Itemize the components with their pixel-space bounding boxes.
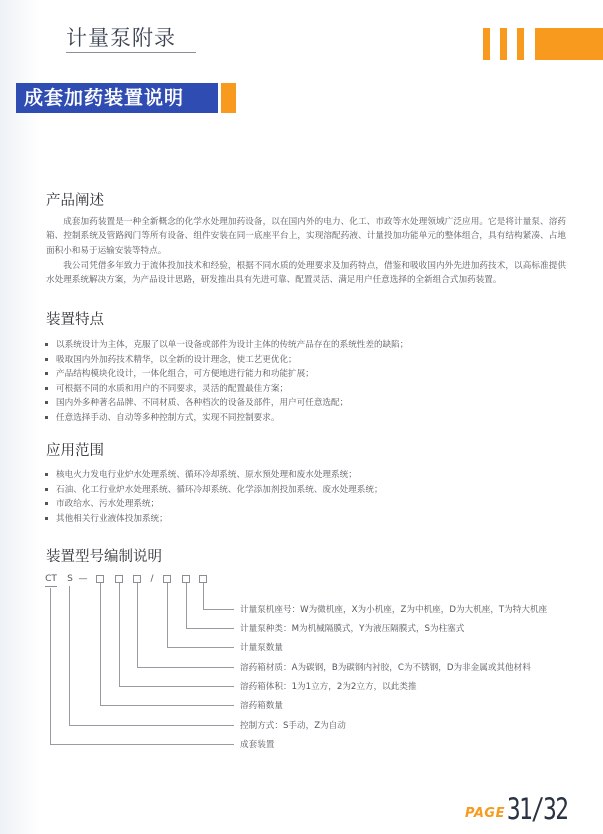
connector-line bbox=[100, 705, 234, 706]
connector-line bbox=[137, 583, 138, 668]
connector-line bbox=[186, 583, 187, 629]
list-item: 其他相关行业液体投加系统； bbox=[44, 512, 383, 527]
list-item: 以系统设计为主体，克服了以单一设备或部件为设计主体的传统产品存在的系统性差的缺陷… bbox=[44, 338, 408, 353]
code-box-pump-qty bbox=[163, 575, 171, 583]
connector-line bbox=[69, 586, 70, 726]
page-label: PAGE bbox=[465, 806, 505, 822]
legend-tank-qty: 溶药箱数量 bbox=[240, 700, 283, 712]
overview-paragraph-1: 成套加药装置是一种全新概念的化学水处理加药设备，以在国内外的电力、化工、市政等水… bbox=[46, 215, 566, 258]
code-slash: / bbox=[147, 574, 157, 585]
list-item: 石油、化工行业炉水处理系统、循环冷却系统、化学添加剂投加系统、废水处理系统； bbox=[44, 483, 383, 498]
list-item: 任意选择手动、自动等多种控制方式，实现不同控制要求。 bbox=[44, 411, 408, 426]
decor-bar-1 bbox=[483, 28, 490, 60]
decor-block bbox=[535, 28, 603, 60]
code-box-tank-volume bbox=[115, 575, 123, 583]
code-box-tank-qty bbox=[96, 575, 104, 583]
legend-pump-qty: 计量泵数量 bbox=[240, 642, 283, 654]
list-item: 市政给水、污水处理系统； bbox=[44, 497, 383, 512]
bullet-icon bbox=[45, 387, 48, 390]
prefix-underline bbox=[45, 586, 57, 587]
connector-line bbox=[50, 588, 51, 745]
decor-bar-3 bbox=[517, 28, 524, 60]
bullet-icon bbox=[45, 473, 48, 476]
list-item: 可根据不同的水质和用户的不同要求，灵活的配置最佳方案； bbox=[44, 382, 408, 397]
connector-line bbox=[167, 583, 168, 648]
code-control: S bbox=[65, 574, 75, 585]
bullet-icon bbox=[45, 401, 48, 404]
code-dash: — bbox=[78, 574, 88, 585]
header-title: 计量泵附录 bbox=[66, 25, 176, 51]
features-title: 装置特点 bbox=[46, 311, 104, 329]
code-box-tank-material bbox=[133, 575, 141, 583]
page-number: 31/32 bbox=[507, 793, 567, 825]
overview-paragraph-2: 我公司凭借多年致力于流体投加技术和经验，根据不同水质的处理要求及加药特点，借鉴和… bbox=[46, 259, 566, 288]
legend-tank-volume: 溶药箱体积：1为1立方，2为2立方，以此类推 bbox=[240, 681, 417, 693]
code-box-pump-type bbox=[182, 575, 190, 583]
connector-line bbox=[119, 583, 120, 687]
legend-control-mode: 控制方式：S手动，Z为自动 bbox=[240, 720, 346, 732]
list-item: 核电火力发电行业炉水处理系统、循环冷却系统、原水预处理和废水处理系统； bbox=[44, 468, 383, 483]
applications-title: 应用范围 bbox=[46, 442, 104, 460]
features-list: 以系统设计为主体，克服了以单一设备或部件为设计主体的传统产品存在的系统性差的缺陷… bbox=[44, 338, 408, 425]
connector-line bbox=[119, 686, 234, 687]
bullet-icon bbox=[45, 372, 48, 375]
list-item: 产品结构模块化设计，一体化组合，可方便地进行能力和功能扩展； bbox=[44, 367, 408, 382]
bullet-icon bbox=[45, 343, 48, 346]
bullet-icon bbox=[45, 517, 48, 520]
connector-line bbox=[167, 647, 234, 648]
overview-title: 产品阐述 bbox=[46, 192, 104, 210]
legend-pump-type: 计量泵种类：M为机械隔膜式，Y为液压隔膜式，S为柱塞式 bbox=[240, 623, 464, 635]
legend-tank-material: 溶药箱材质：A为碳钢，B为碳钢内衬胶，C为不锈钢，D为非金属或其他材料 bbox=[240, 662, 531, 674]
connector-line bbox=[203, 609, 234, 610]
page-edge-shadow bbox=[0, 0, 40, 834]
connector-line bbox=[137, 667, 234, 668]
list-item: 国内外多种著名品牌、不同材质、各种档次的设备及部件，用户可任意选配； bbox=[44, 396, 408, 411]
list-item: 吸取国内外加药技术精华，以全新的设计理念，使工艺更优化； bbox=[44, 353, 408, 368]
connector-line bbox=[69, 725, 234, 726]
legend-pump-frame: 计量泵机座号：W为微机座，X为小机座，Z为中机座，D为大机座，T为特大机座 bbox=[240, 604, 547, 616]
bullet-icon bbox=[45, 416, 48, 419]
bullet-icon bbox=[45, 358, 48, 361]
banner-accent bbox=[221, 83, 236, 113]
connector-line bbox=[50, 744, 234, 745]
model-code-title: 装置型号编制说明 bbox=[46, 548, 162, 566]
code-prefix: CT bbox=[44, 574, 58, 585]
bullet-icon bbox=[45, 488, 48, 491]
connector-line bbox=[186, 628, 234, 629]
connector-line bbox=[100, 583, 101, 706]
applications-list: 核电火力发电行业炉水处理系统、循环冷却系统、原水预处理和废水处理系统； 石油、化… bbox=[44, 468, 383, 526]
section-banner: 成套加药装置说明 bbox=[16, 83, 218, 113]
code-box-pump-frame bbox=[199, 575, 207, 583]
header-underline bbox=[66, 52, 196, 53]
connector-line bbox=[203, 583, 204, 610]
decor-bar-2 bbox=[500, 28, 507, 60]
bullet-icon bbox=[45, 502, 48, 505]
legend-complete-set: 成套装置 bbox=[240, 739, 274, 751]
